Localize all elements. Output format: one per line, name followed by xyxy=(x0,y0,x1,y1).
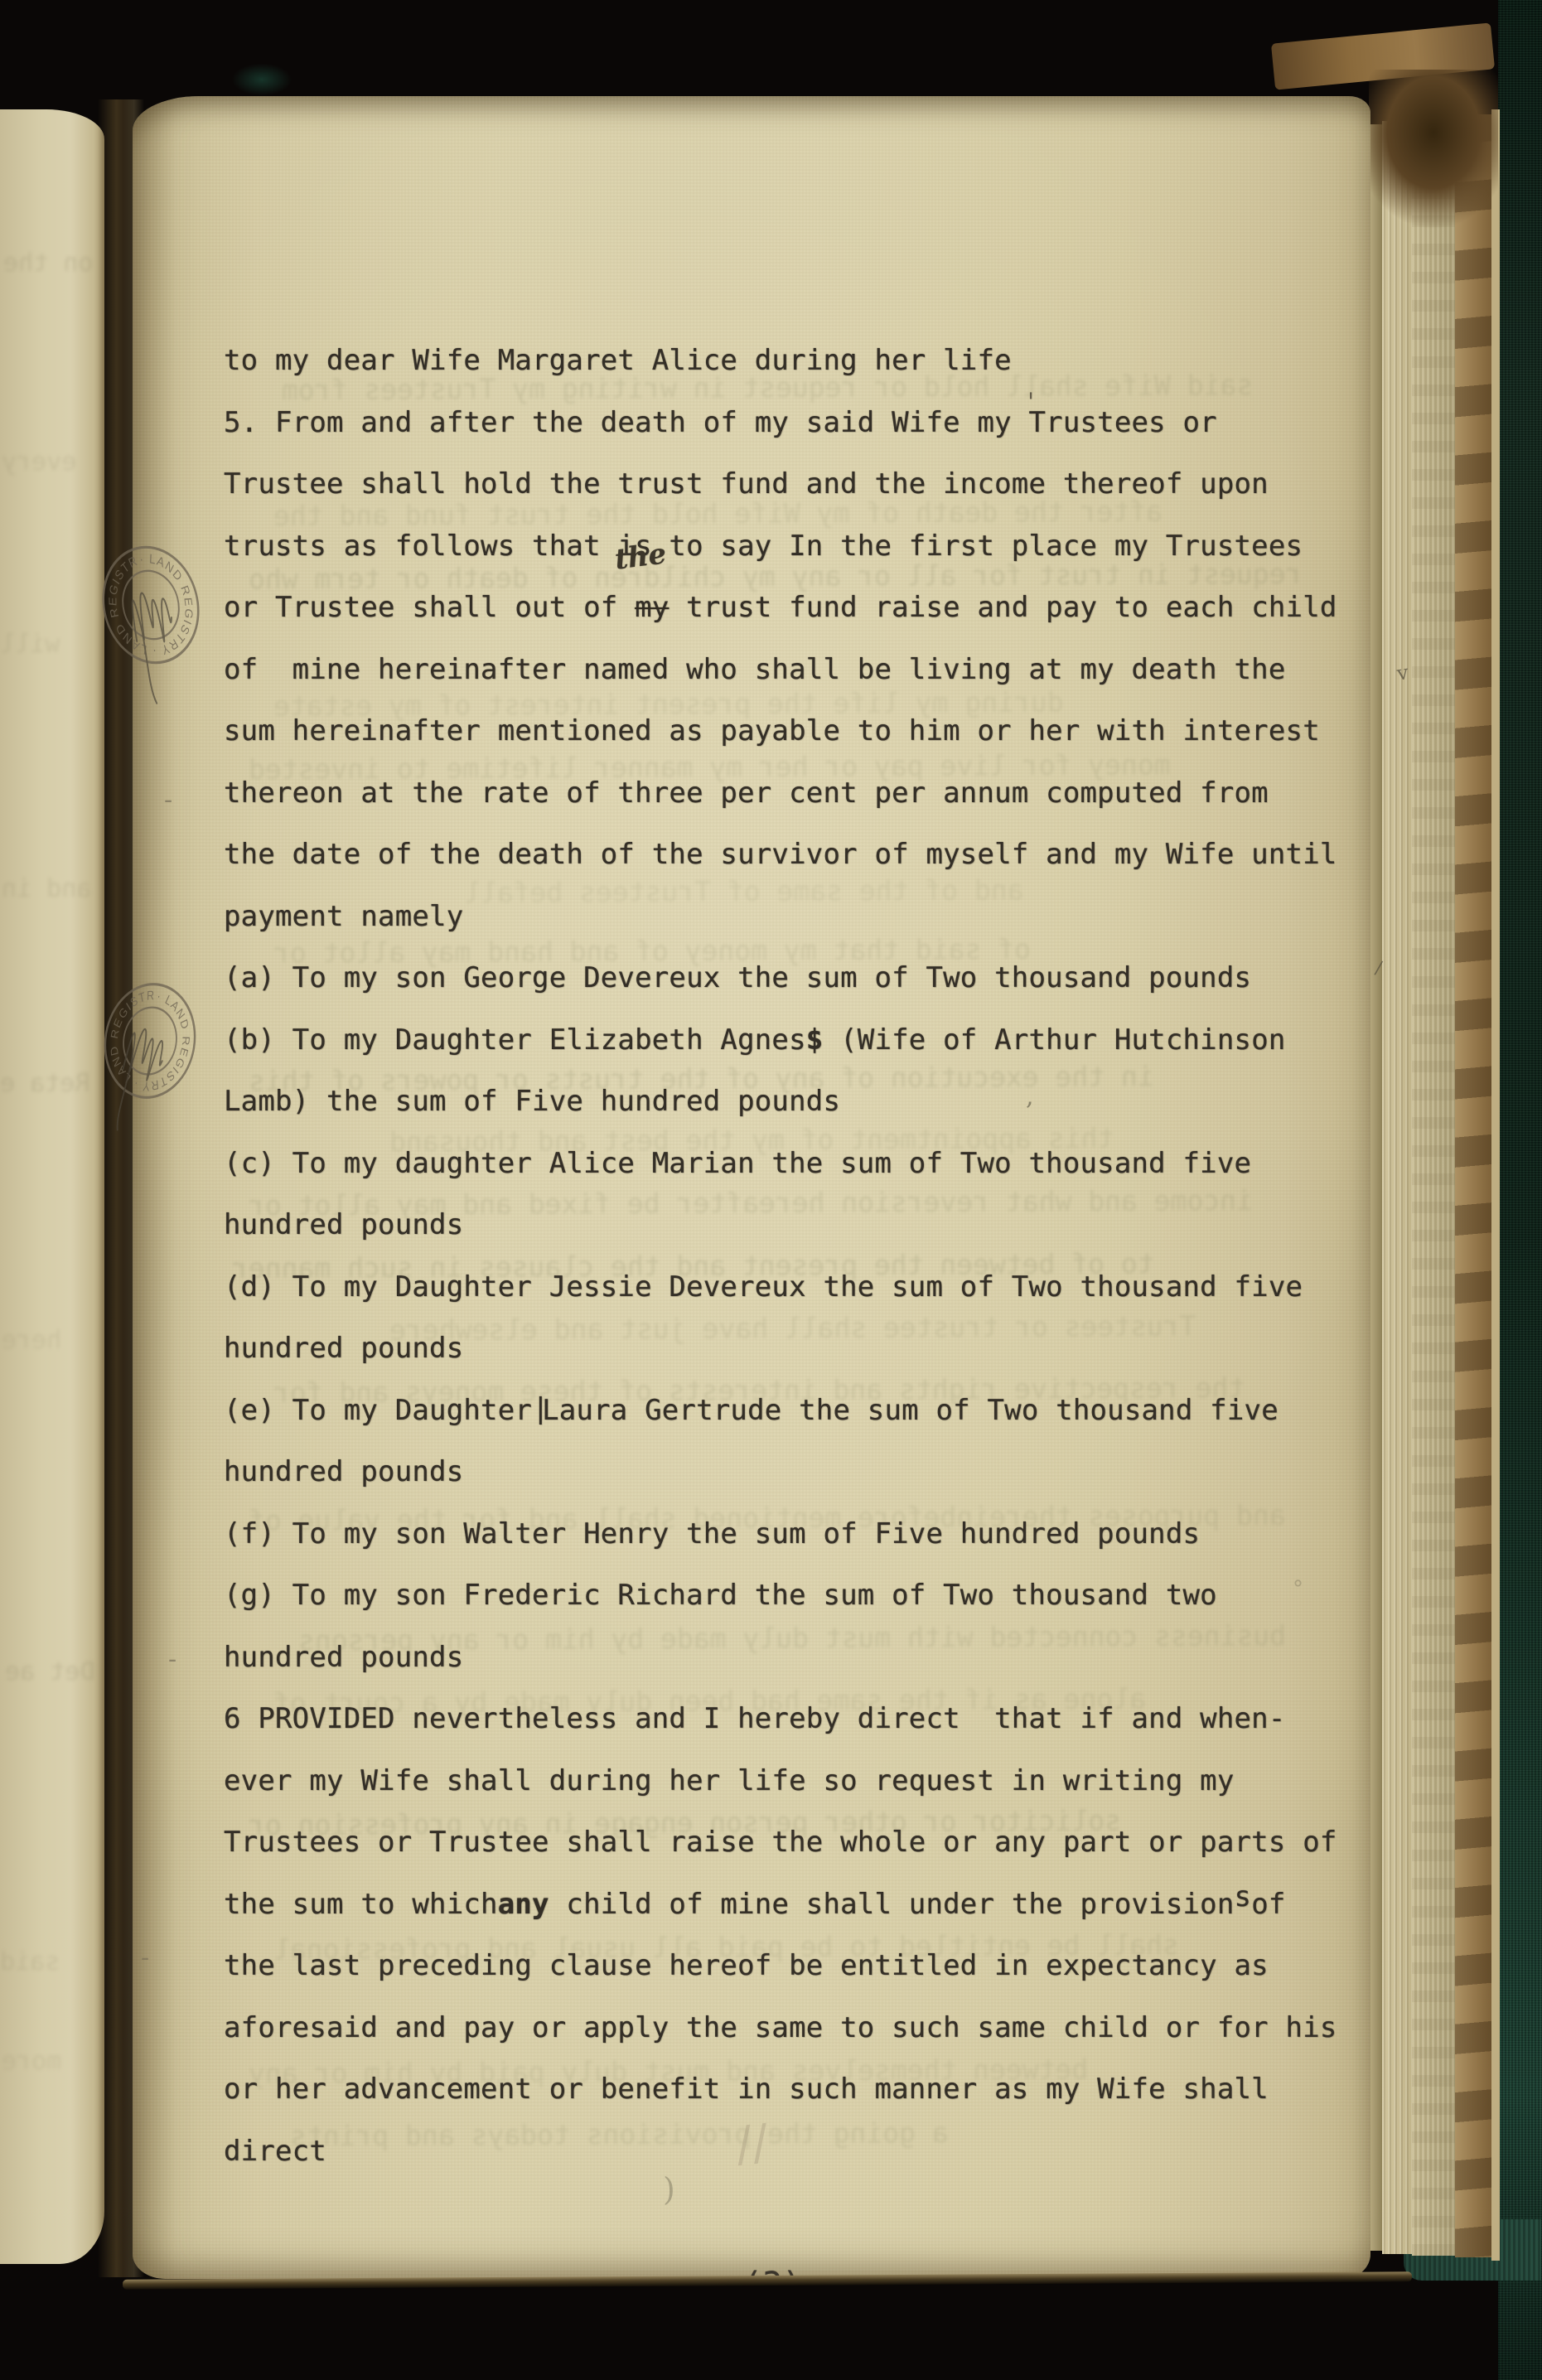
pen-mark: - xyxy=(164,786,172,815)
pen-mark: v xyxy=(1395,660,1409,685)
pen-mark: ° xyxy=(1293,1577,1303,1602)
book-photo-scene: on theeverywilland inReta ehereDet aesai… xyxy=(0,0,1542,2380)
marginalia-layer: 'v/---∕∕)°, xyxy=(0,0,1542,2380)
pen-mark: ' xyxy=(1027,388,1034,417)
pen-mark: ) xyxy=(663,2171,675,2208)
pen-mark: - xyxy=(168,1645,176,1674)
pen-mark: - xyxy=(141,1943,149,1972)
pen-mark: ∕∕ xyxy=(733,2113,771,2173)
pen-mark: / xyxy=(1373,958,1383,980)
pen-mark: , xyxy=(1026,1082,1034,1111)
